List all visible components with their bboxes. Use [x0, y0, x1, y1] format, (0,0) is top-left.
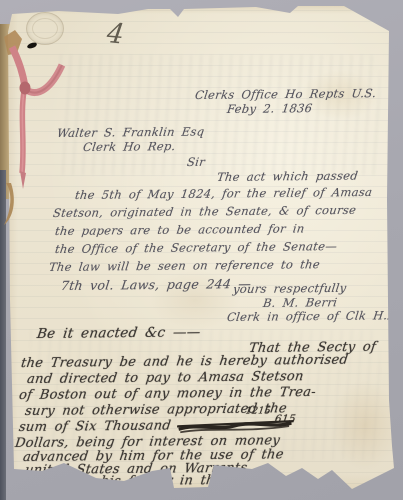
heading-date-line: Feby 2. 1836 — [226, 101, 313, 116]
letter-body-line: the papers are to be accounted for in — [54, 221, 305, 238]
letter-body-line: 7th vol. Laws, page 244 — — [60, 276, 252, 293]
enactment-line: advanced by him for the use of the — [22, 447, 285, 465]
manuscript-photo: 4 Clerks Office Ho Repts U.S. Feby 2. 18… — [0, 0, 403, 500]
binding-ribbon — [0, 25, 80, 235]
struck-amount: 615 1215 ^ — [176, 416, 296, 431]
signature: B. M. Berri — [262, 295, 338, 310]
enactment-line: issued in his favour in the years — [28, 473, 268, 490]
letter-body-line: the 5th of May 1824, for the relief of A… — [74, 185, 373, 202]
verso-showthrough — [30, 330, 380, 460]
signature-title: Clerk in office of Clk H.R. — [226, 308, 401, 324]
letter-body-line: Stetson, originated in the Senate, & of … — [52, 203, 357, 220]
foxing-stain — [330, 380, 400, 470]
verso-showthrough — [60, 55, 380, 175]
enactment-line: united States and on Warrants — [24, 461, 248, 478]
enactment-opening: Be it enacted &c —— — [36, 324, 202, 342]
enactment-line: of Boston out of any money in the Trea- — [18, 385, 317, 403]
heading-office-line: Clerks Office Ho Repts U.S. — [194, 86, 377, 102]
enactment-amount-line: sum of Six Thousand 615 1215 ^ — [18, 416, 296, 435]
foxing-stain — [150, 270, 240, 330]
foxing-stain — [300, 70, 380, 120]
closing-line: yours respectfully — [232, 281, 347, 296]
enactment-line: sury not otherwise appropriated the — [24, 401, 288, 419]
strikethrough-scribble — [175, 412, 298, 437]
letter-body-line: The law will be seen on reference to the — [48, 257, 321, 274]
inserted-number: 1215 — [245, 405, 272, 416]
page-number-mark: 4 — [102, 18, 129, 50]
enactment-line: sum of Six Thousand — [18, 418, 172, 435]
salutation: Sir — [186, 155, 206, 169]
addressee-title: Clerk Ho Rep. — [82, 139, 176, 154]
letter-body-line: The act which passed — [216, 169, 359, 184]
enactment-line: and directed to pay to Amasa Stetson — [26, 369, 305, 387]
enactment-line: the Treasury be and he is hereby authori… — [20, 353, 349, 371]
enactment-line: Dollars, being for interest on money — [14, 433, 281, 451]
letter-body-line: the Office of the Secretary of the Senat… — [54, 239, 338, 256]
caret-mark: ^ — [234, 423, 243, 433]
struck-number: 615 — [274, 413, 297, 425]
enactment-line: That the Secty of — [248, 340, 377, 356]
